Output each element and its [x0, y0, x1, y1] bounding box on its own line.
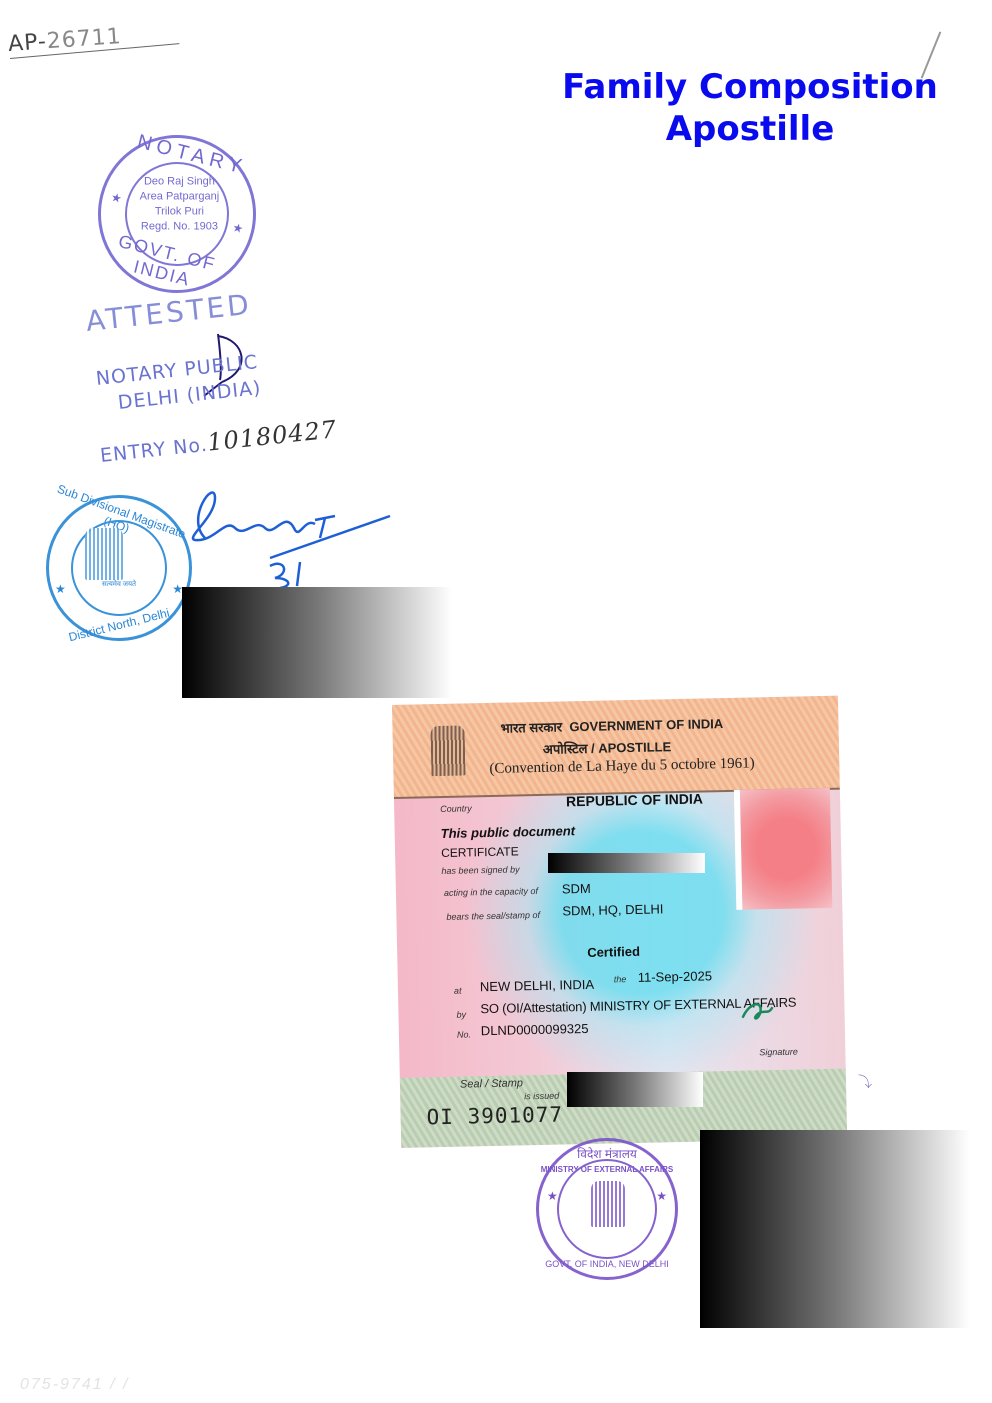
faint-bottom-text: 075-9741 / / — [20, 1376, 129, 1394]
handwritten-reference: AP-26711 — [7, 24, 122, 57]
page-title: Family Composition Apostille — [540, 66, 960, 150]
date-the-label: the — [614, 974, 627, 984]
sdm-signature — [175, 478, 405, 588]
redacted-signature-block — [182, 587, 452, 698]
national-emblem-icon — [85, 528, 123, 580]
mea-seal: विदेश मंत्रालय MINISTRY OF EXTERNAL AFFA… — [536, 1138, 678, 1280]
certified-label: Certified — [587, 944, 640, 960]
signature-label: Signature — [759, 1047, 798, 1058]
at-value: NEW DELHI, INDIA — [480, 977, 594, 994]
title-line-2: Apostille — [540, 108, 960, 150]
number-label: No. — [457, 1029, 471, 1039]
official-signature — [738, 995, 779, 1026]
sdm-seal-motto: सत्यमेव जयते — [49, 580, 189, 589]
capacity-value: SDM — [562, 881, 591, 897]
notary-seal-text: Deo Raj Singh Area Patparganj Trilok Pur… — [103, 174, 255, 234]
reference-prefix: AP- — [7, 29, 47, 57]
country-value: REPUBLIC OF INDIA — [566, 791, 703, 810]
star-icon: ★ — [55, 582, 66, 596]
national-emblem-icon — [591, 1181, 625, 1227]
date-value: 11-Sep-2025 — [638, 968, 713, 985]
notary-seal: NOTARY ★ ★ Deo Raj Singh Area Patparganj… — [81, 118, 273, 310]
star-icon: ★ — [547, 1189, 558, 1203]
entry-number: 10180427 — [206, 415, 338, 456]
apostille-header-title: अपोस्टिल / APOSTILLE — [543, 737, 672, 758]
apostille-header-convention: (Convention de La Haye du 5 octobre 1961… — [489, 755, 755, 778]
country-label: Country — [440, 803, 472, 814]
notary-locality: Trilok Puri — [103, 204, 255, 219]
redacted-officer-details — [700, 1130, 970, 1328]
seal-value: SDM, HQ, DELHI — [562, 901, 663, 918]
star-icon: ★ — [656, 1189, 667, 1203]
seal-label: bears the seal/stamp of — [446, 910, 540, 922]
apostille-serial-number: OI 3901077 — [426, 1103, 563, 1130]
notary-area: Area Patparganj — [103, 189, 255, 204]
mea-seal-ring-bottom: GOVT. OF INDIA, NEW DELHI — [539, 1259, 675, 1269]
entry-label: ENTRY No. — [99, 434, 209, 467]
apostille-header-government: भारत सरकार GOVERNMENT OF INDIA — [500, 714, 723, 737]
signed-by-label: has been signed by — [441, 864, 519, 876]
public-document-label: This public document — [441, 823, 576, 841]
security-hologram — [734, 788, 832, 910]
redacted-signatory-name — [548, 853, 705, 873]
apostille-header: भारत सरकार GOVERNMENT OF INDIA अपोस्टिल … — [392, 696, 840, 799]
sdm-seal: Sub Divisional Magistrate (HQ) सत्यमेव ज… — [46, 495, 192, 641]
attested-stamp-entry: ENTRY No.10180427 — [99, 415, 339, 468]
issued-label: is issued — [524, 1091, 559, 1102]
redacted-issued-to — [567, 1072, 703, 1107]
header-hindi: भारत सरकार — [500, 719, 562, 735]
at-label: at — [454, 986, 462, 996]
ink-mark: ⤵ — [858, 1072, 872, 1092]
document-type: CERTIFICATE — [441, 844, 519, 860]
title-line-1: Family Composition — [540, 66, 960, 108]
seal-stamp-label: Seal / Stamp — [460, 1077, 523, 1090]
notary-name: Deo Raj Singh — [103, 174, 255, 189]
by-label: by — [456, 1010, 466, 1020]
certificate-number: DLND0000099325 — [481, 1021, 589, 1038]
capacity-label: acting in the capacity of — [444, 886, 538, 898]
header-english: GOVERNMENT OF INDIA — [569, 716, 723, 734]
national-emblem-icon — [430, 725, 465, 776]
